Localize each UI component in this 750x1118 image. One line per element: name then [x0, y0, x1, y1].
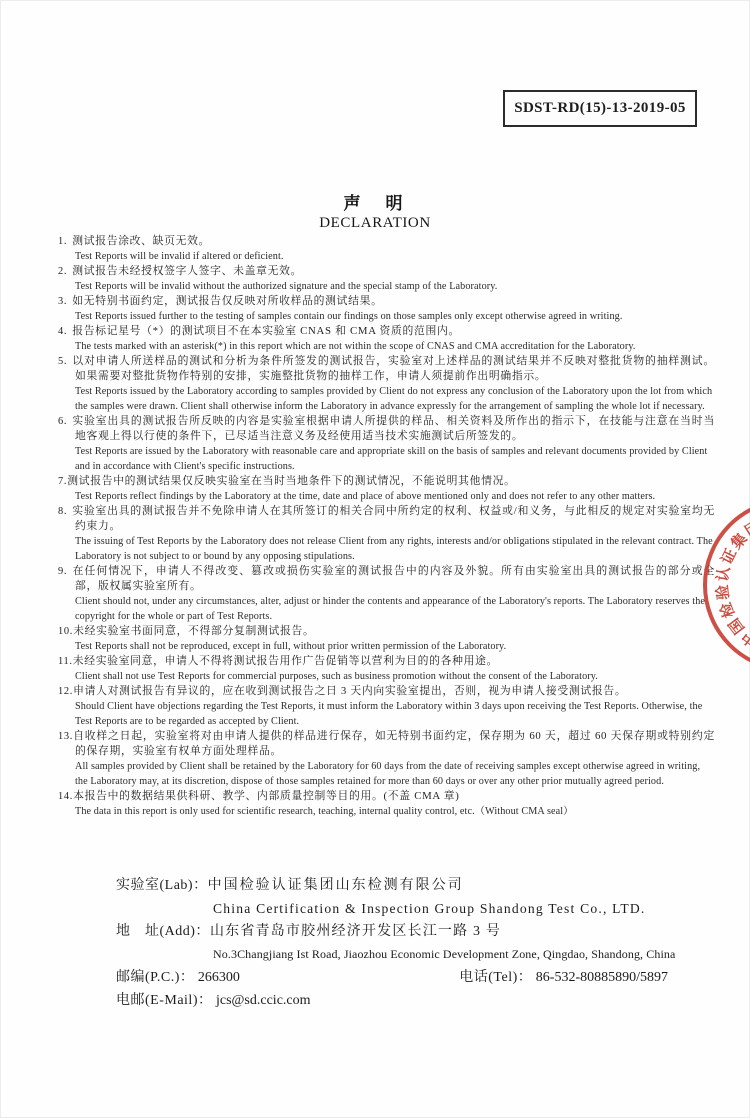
item-text-chinese: 1.测试报告涂改、缺页无效。: [58, 234, 715, 249]
declaration-item: 4.报告标记星号（*）的测试项目不在本实验室 CNAS 和 CMA 资质的范围内…: [58, 324, 715, 354]
lab-name-cn: 中国检验认证集团山东检测有限公司: [208, 878, 464, 893]
item-text-english: All samples provided by Client shall be …: [58, 759, 715, 789]
item-number: 7.: [58, 476, 67, 487]
item-number: 3.: [58, 296, 67, 307]
address-label: 地 址(Add)：: [116, 924, 210, 939]
item-text-chinese: 6.实验室出具的测试报告所反映的内容是实验室根据申请人所提供的样品、相关资料及所…: [58, 414, 715, 444]
item-text-chinese: 14.本报告中的数据结果供科研、教学、内部质量控制等目的用。(不盖 CMA 章): [58, 789, 715, 804]
telephone: 电话(Tel)： 86-532-80885890/5897: [459, 966, 668, 989]
declaration-item: 3.如无特别书面约定，测试报告仅反映对所收样品的测试结果。Test Report…: [58, 294, 715, 324]
item-text-english: The data in this report is only used for…: [58, 804, 715, 819]
email-value: jcs@sd.ccic.com: [216, 993, 311, 1008]
declaration-item: 14.本报告中的数据结果供科研、教学、内部质量控制等目的用。(不盖 CMA 章)…: [58, 789, 715, 819]
item-text-chinese: 4.报告标记星号（*）的测试项目不在本实验室 CNAS 和 CMA 资质的范围内…: [58, 324, 715, 339]
item-text-english: Test Reports issued further to the testi…: [58, 309, 715, 324]
declaration-item: 13.自收样之日起，实验室将对由申请人提供的样品进行保存，如无特别书面约定，保存…: [58, 729, 715, 789]
item-text-chinese: 2.测试报告未经授权签字人签字、未盖章无效。: [58, 264, 715, 279]
email-line: 电邮(E-Mail)： jcs@sd.ccic.com: [116, 989, 678, 1012]
item-number: 14.: [58, 791, 73, 802]
title-english: DECLARATION: [0, 215, 750, 232]
doc-code: SDST-RD(15)-13-2019-05: [514, 100, 686, 117]
lab-label: 实验室(Lab)：: [116, 878, 208, 893]
lab-name-en: China Certification & Inspection Group S…: [116, 897, 678, 920]
address-cn: 山东省青岛市胶州经济开发区长江一路 3 号: [210, 924, 501, 939]
email-label: 电邮(E-Mail)：: [116, 993, 212, 1008]
pc-tel-line: 邮编(P.C.)： 266300 电话(Tel)： 86-532-8088589…: [116, 966, 668, 989]
declaration-item: 1.测试报告涂改、缺页无效。Test Reports will be inval…: [58, 234, 715, 264]
declaration-page: SDST-RD(15)-13-2019-05 声 明 DECLARATION 1…: [0, 0, 750, 1118]
item-number: 8.: [58, 506, 67, 517]
item-number: 9.: [58, 566, 67, 577]
item-text-english: Should Client have objections regarding …: [58, 699, 715, 729]
declaration-item: 9.在任何情况下，申请人不得改变、篡改或损伤实验室的测试报告中的内容及外貌。所有…: [58, 564, 715, 624]
red-seal-stamp-icon: 中国检验认证集团: [700, 497, 750, 667]
footer-lab-info: 实验室(Lab)：中国检验认证集团山东检测有限公司 China Certific…: [116, 874, 678, 1012]
item-number: 13.: [58, 731, 73, 742]
declaration-item: 10.未经实验室书面同意，不得部分复制测试报告。Test Reports sha…: [58, 624, 715, 654]
item-number: 5.: [58, 356, 67, 367]
item-text-english: The issuing of Test Reports by the Labor…: [58, 534, 715, 564]
item-text-english: Test Reports will be invalid if altered …: [58, 249, 715, 264]
item-text-chinese: 13.自收样之日起，实验室将对由申请人提供的样品进行保存，如无特别书面约定，保存…: [58, 729, 715, 759]
item-text-chinese: 3.如无特别书面约定，测试报告仅反映对所收样品的测试结果。: [58, 294, 715, 309]
item-text-english: Test Reports issued by the Laboratory ac…: [58, 384, 715, 414]
declaration-item: 5.以对申请人所送样品的测试和分析为条件所签发的测试报告，实验室对上述样品的测试…: [58, 354, 715, 414]
declaration-item: 12.申请人对测试报告有异议的，应在收到测试报告之日 3 天内向实验室提出，否则…: [58, 684, 715, 729]
declaration-item: 11.未经实验室同意，申请人不得将测试报告用作广告促销等以营利为目的的各种用途。…: [58, 654, 715, 684]
item-number: 1.: [58, 236, 67, 247]
item-number: 11.: [58, 656, 73, 667]
item-text-chinese: 12.申请人对测试报告有异议的，应在收到测试报告之日 3 天内向实验室提出，否则…: [58, 684, 715, 699]
declaration-item: 2.测试报告未经授权签字人签字、未盖章无效。Test Reports will …: [58, 264, 715, 294]
item-text-english: Client shall not use Test Reports for co…: [58, 669, 715, 684]
item-text-chinese: 11.未经实验室同意，申请人不得将测试报告用作广告促销等以营利为目的的各种用途。: [58, 654, 715, 669]
item-text-english: The tests marked with an asterisk(*) in …: [58, 339, 715, 354]
item-number: 10.: [58, 626, 73, 637]
lab-line: 实验室(Lab)：中国检验认证集团山东检测有限公司: [116, 874, 678, 897]
item-number: 6.: [58, 416, 67, 427]
postcode: 邮编(P.C.)： 266300: [116, 966, 240, 989]
address-en: No.3Changjiang Ist Road, Jiaozhou Econom…: [116, 943, 678, 966]
address-line: 地 址(Add)：山东省青岛市胶州经济开发区长江一路 3 号: [116, 920, 678, 943]
item-number: 2.: [58, 266, 67, 277]
declaration-list: 1.测试报告涂改、缺页无效。Test Reports will be inval…: [58, 234, 715, 819]
declaration-item: 8.实验室出具的测试报告并不免除申请人在其所签订的相关合同中所约定的权利、权益或…: [58, 504, 715, 564]
declaration-item: 7.测试报告中的测试结果仅反映实验室在当时当地条件下的测试情况，不能说明其他情况…: [58, 474, 715, 504]
item-text-chinese: 7.测试报告中的测试结果仅反映实验室在当时当地条件下的测试情况，不能说明其他情况…: [58, 474, 715, 489]
doc-code-box: SDST-RD(15)-13-2019-05: [503, 90, 697, 127]
item-text-chinese: 10.未经实验室书面同意，不得部分复制测试报告。: [58, 624, 715, 639]
item-number: 12.: [58, 686, 73, 697]
item-text-english: Test Reports are issued by the Laborator…: [58, 444, 715, 474]
page-title: 声 明 DECLARATION: [0, 189, 750, 232]
item-text-english: Test Reports shall not be reproduced, ex…: [58, 639, 715, 654]
item-text-english: Test Reports reflect findings by the Lab…: [58, 489, 715, 504]
item-text-chinese: 5.以对申请人所送样品的测试和分析为条件所签发的测试报告，实验室对上述样品的测试…: [58, 354, 715, 384]
item-text-english: Client should not, under any circumstanc…: [58, 594, 715, 624]
item-number: 4.: [58, 326, 67, 337]
title-chinese: 声 明: [0, 189, 750, 214]
item-text-chinese: 9.在任何情况下，申请人不得改变、篡改或损伤实验室的测试报告中的内容及外貌。所有…: [58, 564, 715, 594]
item-text-english: Test Reports will be invalid without the…: [58, 279, 715, 294]
item-text-chinese: 8.实验室出具的测试报告并不免除申请人在其所签订的相关合同中所约定的权利、权益或…: [58, 504, 715, 534]
declaration-item: 6.实验室出具的测试报告所反映的内容是实验室根据申请人所提供的样品、相关资料及所…: [58, 414, 715, 474]
